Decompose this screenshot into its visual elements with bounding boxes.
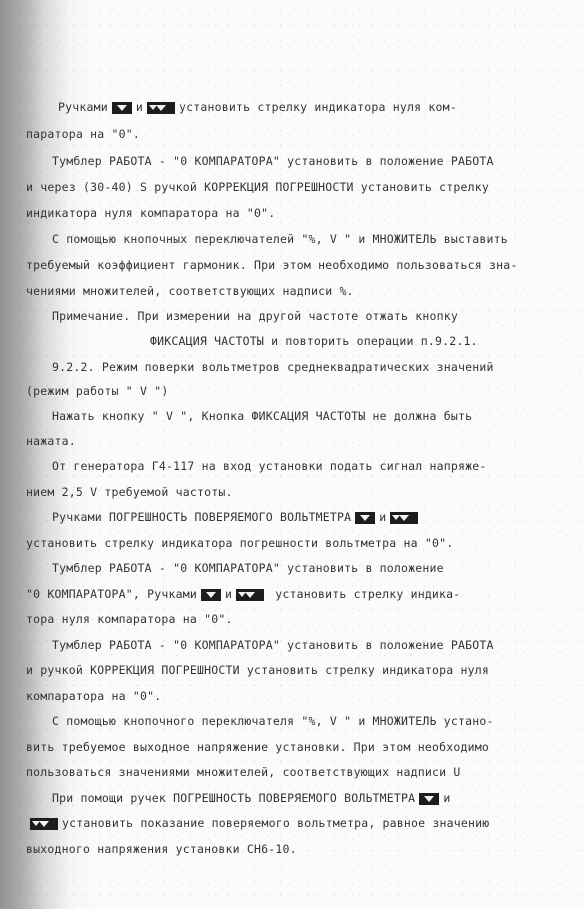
text-line: паратора на "0". xyxy=(26,127,140,141)
text-line: и через (30-40) S ручкой КОРРЕКЦИЯ ПОГРЕ… xyxy=(26,180,489,194)
text-line: Тумблер РАБОТА - "0 КОМПАРАТОРА" установ… xyxy=(52,561,444,575)
text-line: и ручкой КОРРЕКЦИЯ ПОГРЕШНОСТИ установит… xyxy=(26,663,489,677)
text-line: вить требуемое выходное напряжение устан… xyxy=(26,740,489,754)
text-line: нием 2,5 V требуемой частоты. xyxy=(26,485,233,499)
text-line: Примечание. При измерении на другой част… xyxy=(52,309,458,323)
text-line: Нажать кнопку " V ", Кнопка ФИКСАЦИЯ ЧАС… xyxy=(52,409,472,423)
knob-symbol-icon xyxy=(147,102,175,114)
text-line: ФИКСАЦИЯ ЧАСТОТЫ и повторить операции п.… xyxy=(150,334,478,348)
text-line: пользоваться значениями множителей, соот… xyxy=(26,765,461,779)
text-line: Ручками ПОГРЕШНОСТЬ ПОВЕРЯЕМОГО ВОЛЬТМЕТ… xyxy=(52,510,422,524)
text-line: нажата. xyxy=(26,434,76,448)
knob-symbol-icon xyxy=(30,818,58,830)
knob-symbol-icon xyxy=(355,512,375,524)
text-line: "0 КОМПАРАТОРА", Ручкамии установить стр… xyxy=(26,587,460,601)
text-line: С помощью кнопочного переключателя "%, V… xyxy=(52,714,494,728)
text-line: компаратора на "0". xyxy=(26,689,161,703)
knob-symbol-icon xyxy=(236,589,264,601)
text-line: Ручкамииустановить стрелку индикатора ну… xyxy=(58,100,457,114)
text-line: С помощью кнопочных переключателей "%, V… xyxy=(52,232,508,246)
knob-symbol-icon xyxy=(112,102,132,114)
text-line: 9.2.2. Режим поверки вольтметров среднек… xyxy=(52,360,494,374)
text-line: При помощи ручек ПОГРЕШНОСТЬ ПОВЕРЯЕМОГО… xyxy=(52,791,450,805)
text-line: От генератора Г4-117 на вход установки п… xyxy=(52,459,487,473)
knob-symbol-icon xyxy=(201,589,221,601)
text-line: Тумблер РАБОТА - "0 КОМПАРАТОРА" установ… xyxy=(52,154,494,168)
text-line: требуемый коэффициент гармоник. При этом… xyxy=(26,258,518,272)
text-line: выходного напряжения установки СН6-10. xyxy=(26,842,297,856)
text-line: тора нуля компаратора на "0". xyxy=(26,612,233,626)
text-line: чениями множителей, соответствующих надп… xyxy=(26,284,354,298)
knob-symbol-icon xyxy=(419,793,439,805)
text-line: установить стрелку индикатора погрешност… xyxy=(26,536,453,550)
text-line: установить показание поверяемого вольтме… xyxy=(26,816,489,830)
scanned-page: Ручкамииустановить стрелку индикатора ну… xyxy=(0,0,584,909)
knob-symbol-icon xyxy=(390,512,418,524)
text-line: индикатора нуля компаратора на "0". xyxy=(26,206,275,220)
text-line: Тумблер РАБОТА - "0 КОМПАРАТОРА" установ… xyxy=(52,638,494,652)
text-line: (режим работы " V ") xyxy=(26,384,168,398)
